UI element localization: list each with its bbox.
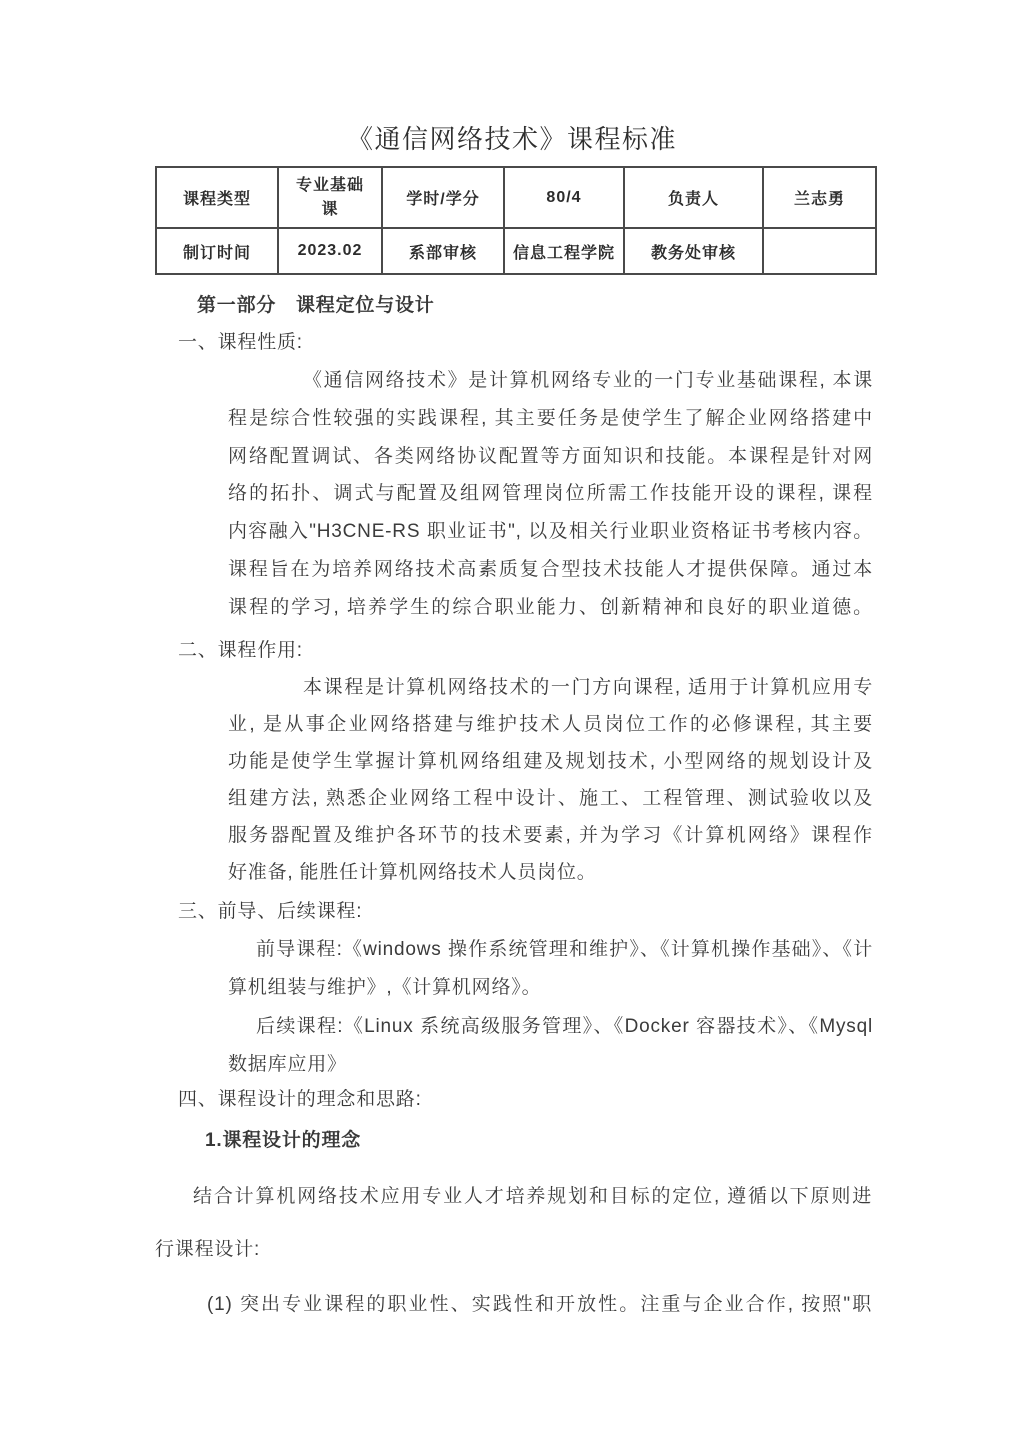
table-cell-course-type-label: 课程类型 [156, 167, 278, 228]
paragraph-line: 好准备, 能胜任计算机网络技术人员岗位。 [228, 854, 873, 891]
paragraph-line: 数据库应用》 [228, 1046, 873, 1084]
table-row: 制订时间 2023.02 系部审核 信息工程学院 教务处审核 [156, 228, 876, 274]
paragraph-line: 前导课程:《windows 操作系统管理和维护》、《计算机操作基础》、《计 [228, 931, 873, 969]
paragraph-line: 课程的学习, 培养学生的综合职业能力、创新精神和良好的职业道德。 [228, 589, 873, 627]
table-cell-text: 专业基础课 [295, 174, 365, 222]
paragraph-line: 课程旨在为培养网络技术高素质复合型技术技能人才提供保障。通过本 [228, 551, 873, 589]
table-cell-dept-review-label: 系部审核 [382, 228, 504, 274]
table-cell-hours-value: 80/4 [504, 167, 624, 228]
section2-paragraph: 本课程是计算机网络技术的一门方向课程, 适用于计算机应用专 业, 是从事企业网络… [228, 669, 873, 891]
paragraph-line: 本课程是计算机网络技术的一门方向课程, 适用于计算机应用专 [228, 669, 873, 706]
section4-sub1-heading: 1.课程设计的理念 [205, 1122, 361, 1160]
course-info-table: 课程类型 专业基础课 学时/学分 80/4 负责人 兰志勇 制订时间 2023.… [155, 166, 877, 275]
table-cell-leader-value: 兰志勇 [763, 167, 876, 228]
paragraph-line: 内容融入"H3CNE-RS 职业证书", 以及相关行业职业资格证书考核内容。 [228, 513, 873, 551]
paragraph-line: 网络配置调试、各类网络协议配置等方面知识和技能。本课程是针对网 [228, 438, 873, 476]
table-cell-hours-label: 学时/学分 [382, 167, 504, 228]
section3-paragraph: 前导课程:《windows 操作系统管理和维护》、《计算机操作基础》、《计 算机… [228, 931, 873, 1084]
paragraph-line: (1) 突出专业课程的职业性、实践性和开放性。注重与企业合作, 按照"职 [155, 1286, 872, 1324]
paragraph-line: 业, 是从事企业网络搭建与维护技术人员岗位工作的必修课程, 其主要 [228, 706, 873, 743]
section4-heading: 四、课程设计的理念和思路: [178, 1081, 422, 1119]
table-cell-office-review-label: 教务处审核 [624, 228, 763, 274]
document-title: 《通信网络技术》课程标准 [0, 121, 1024, 158]
section4-paragraph2: (1) 突出专业课程的职业性、实践性和开放性。注重与企业合作, 按照"职 [155, 1286, 872, 1324]
part1-heading: 第一部分 课程定位与设计 [197, 287, 435, 325]
paragraph-line: 功能是使学生掌握计算机网络组建及规划技术, 小型网络的规划设计及 [228, 743, 873, 780]
paragraph-line: 行课程设计: [155, 1231, 872, 1269]
table-cell-leader-label: 负责人 [624, 167, 763, 228]
section1-paragraph: 《通信网络技术》是计算机网络专业的一门专业基础课程, 本课 程是综合性较强的实践… [228, 362, 873, 627]
section3-heading: 三、前导、后续课程: [178, 893, 362, 931]
section4-paragraph1-line1: 结合计算机网络技术应用专业人才培养规划和目标的定位, 遵循以下原则进 [155, 1178, 872, 1216]
table-cell-office-review-value [763, 228, 876, 274]
table-cell-dept-review-value: 信息工程学院 [504, 228, 624, 274]
table-cell-course-type-value: 专业基础课 [278, 167, 382, 228]
paragraph-line: 后续课程:《Linux 系统高级服务管理》、《Docker 容器技术》、《Mys… [228, 1008, 873, 1046]
paragraph-line: 程是综合性较强的实践课程, 其主要任务是使学生了解企业网络搭建中 [228, 400, 873, 438]
paragraph-line: 算机组装与维护》,《计算机网络》。 [228, 969, 873, 1007]
table-cell-date-label: 制订时间 [156, 228, 278, 274]
document-page: 《通信网络技术》课程标准 课程类型 专业基础课 学时/学分 80/4 负责人 兰… [0, 0, 1024, 1448]
table-cell-date-value: 2023.02 [278, 228, 382, 274]
paragraph-line: 组建方法, 熟悉企业网络工程中设计、施工、工程管理、测试验收以及 [228, 780, 873, 817]
paragraph-line: 服务器配置及维护各环节的技术要素, 并为学习《计算机网络》课程作 [228, 817, 873, 854]
section2-heading: 二、课程作用: [178, 632, 303, 670]
section1-heading: 一、课程性质: [178, 324, 303, 362]
table-row: 课程类型 专业基础课 学时/学分 80/4 负责人 兰志勇 [156, 167, 876, 228]
paragraph-line: 《通信网络技术》是计算机网络专业的一门专业基础课程, 本课 [228, 362, 873, 400]
paragraph-line: 结合计算机网络技术应用专业人才培养规划和目标的定位, 遵循以下原则进 [155, 1178, 872, 1216]
section4-paragraph1-line2: 行课程设计: [155, 1231, 872, 1269]
paragraph-line: 络的拓扑、调式与配置及组网管理岗位所需工作技能开设的课程, 课程 [228, 475, 873, 513]
